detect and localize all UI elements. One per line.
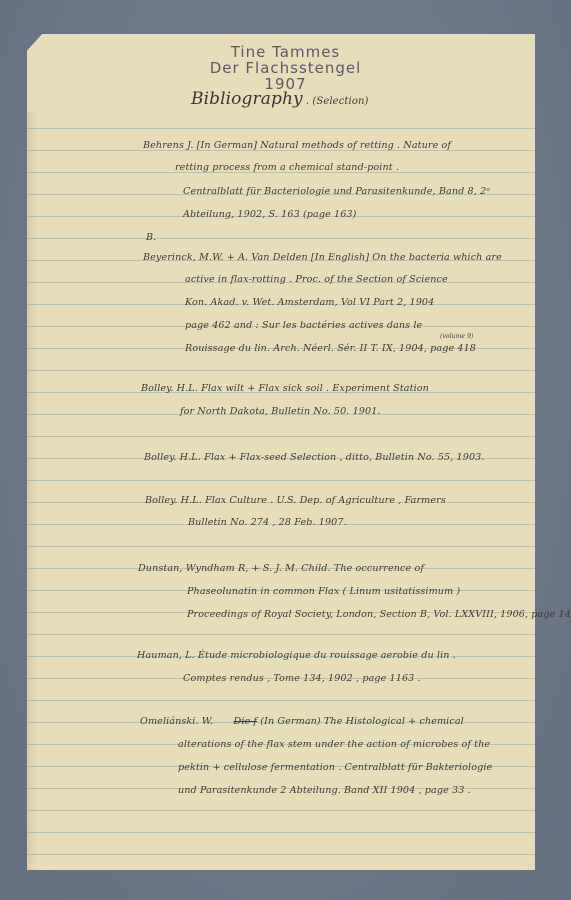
entry-line: Comptes rendus , Tome 134, 1902 , page 1…	[183, 673, 421, 684]
entry-author: Omeliánski. W.	[140, 716, 213, 727]
entry-line: Phaseolunatin in common Flax ( Linum usi…	[187, 586, 460, 597]
entry-line: Rouissage du lin. Arch. Néerl. Sér. II T…	[185, 343, 476, 354]
heading-subtitle: . (Selection)	[306, 96, 369, 107]
entry-line: Centralblatt für Bacteriologie und Paras…	[183, 186, 490, 197]
entry-line: Omeliánski. W. Die f (In German) The His…	[140, 716, 464, 727]
entry-line: for North Dakota, Bulletin No. 50. 1901.	[180, 406, 381, 417]
entry-line: Proceedings of Royal Society, London, Se…	[187, 609, 571, 620]
volume-annotation: (volume 9)	[440, 333, 473, 340]
entry-line: Kon. Akad. v. Wet. Amsterdam, Vol VI Par…	[185, 297, 434, 308]
entry-line: Bolley. H.L. Flax Culture . U.S. Dep. of…	[145, 495, 446, 506]
entry-text: (In German) The Histological + chemical	[260, 716, 464, 727]
entry-line: Dunstan, Wyndham R, + S. J. M. Child. Th…	[138, 563, 424, 574]
entry-line: und Parasitenkunde 2 Abteilung. Band XII…	[178, 785, 471, 796]
entry-line: Bolley. H.L. Flax + Flax-seed Selection …	[144, 452, 485, 463]
entry-line: Behrens J. [In German] Natural methods o…	[143, 140, 451, 151]
entry-line: Bolley. H.L. Flax wilt + Flax sick soil …	[141, 383, 429, 394]
entry-line: active in flax-rotting . Proc. of the Se…	[185, 274, 448, 285]
heading-title: Bibliography	[191, 89, 303, 109]
section-letter-b: B.	[146, 232, 156, 243]
entry-line: retting process from a chemical stand-po…	[175, 162, 399, 173]
entry-line: page 462 and : Sur les bactéries actives…	[185, 320, 422, 331]
entry-line: pektin + cellulose fermentation . Centra…	[178, 762, 492, 773]
entry-line: Abteilung, 1902, S. 163 (page 163)	[183, 209, 356, 220]
entry-line: Bulletin No. 274 , 28 Feb. 1907.	[188, 517, 347, 528]
entry-line: Beyerinck, M.W. + A. Van Delden [In Engl…	[143, 252, 502, 263]
entry-line: alterations of the flax stem under the a…	[178, 739, 490, 750]
entry-line: Hauman, L. Étude microbiologique du roui…	[137, 650, 456, 661]
struck-text: Die f	[234, 716, 258, 727]
page-title: Bibliography . (Selection)	[191, 89, 368, 109]
